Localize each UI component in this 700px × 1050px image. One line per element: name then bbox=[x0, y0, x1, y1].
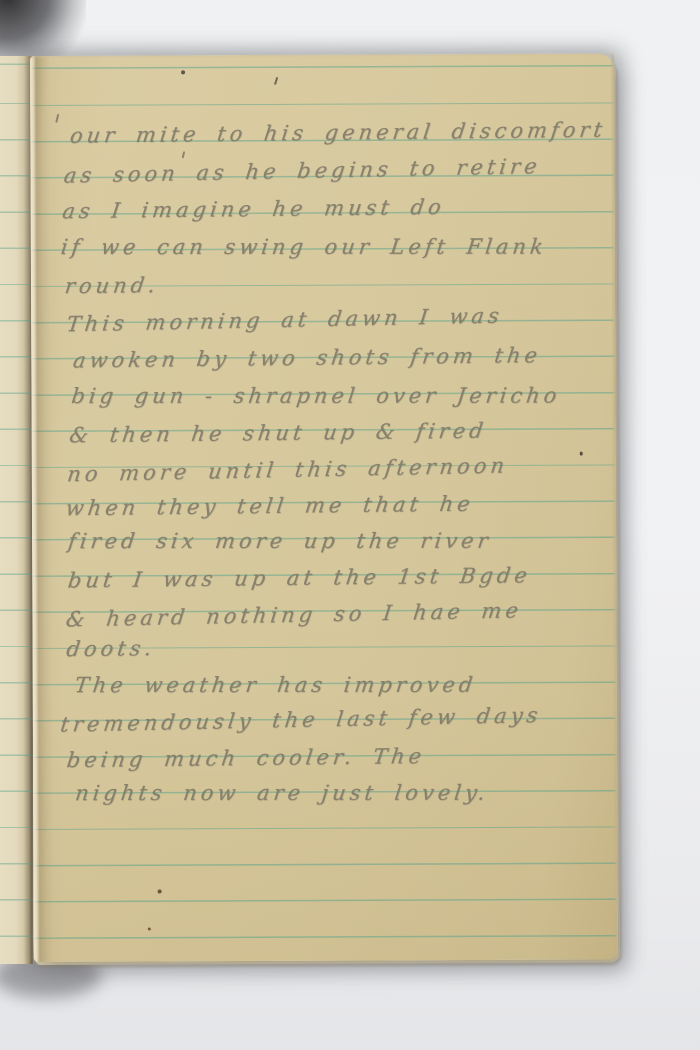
handwriting-line-19: nights now are just lovely. bbox=[73, 778, 490, 808]
paper-speck bbox=[181, 70, 185, 74]
handwriting-line-1: our mite to his general discomfort bbox=[68, 115, 608, 151]
stack-edge-ruled-lines bbox=[0, 56, 33, 964]
handwriting-line-16: The weather has improved bbox=[73, 670, 478, 700]
handwriting-line-8: big gun - shrapnel over Jericho bbox=[70, 381, 562, 411]
paper-speck bbox=[580, 452, 583, 456]
handwriting-line-9: & then he shut up & fired bbox=[68, 416, 489, 451]
handwriting-line-3: as I imagine he must do bbox=[61, 192, 447, 226]
handwriting-line-11: when they tell me that he bbox=[64, 489, 476, 524]
handwriting-line-12: fired six more up the river bbox=[66, 526, 493, 556]
gutter-shadow bbox=[30, 56, 64, 962]
handwriting-line-5: round. bbox=[63, 270, 161, 301]
notebook-page: our mite to his general discomfort as so… bbox=[30, 53, 618, 962]
handwriting-line-13: but I was up at the 1st Bgde bbox=[66, 560, 533, 595]
handwriting-line-18: being much cooler. The bbox=[65, 741, 427, 775]
handwriting-line-15: doots. bbox=[65, 633, 158, 664]
handwriting-line-7: awoken by two shots from the bbox=[71, 340, 543, 375]
paper-speck bbox=[158, 889, 162, 893]
paper-speck bbox=[148, 927, 151, 930]
photo-backdrop: our mite to his general discomfort as so… bbox=[0, 0, 700, 1050]
page-stack-edge bbox=[0, 56, 33, 964]
handwriting-line-4: if we can swing our Left Flank bbox=[59, 232, 548, 262]
